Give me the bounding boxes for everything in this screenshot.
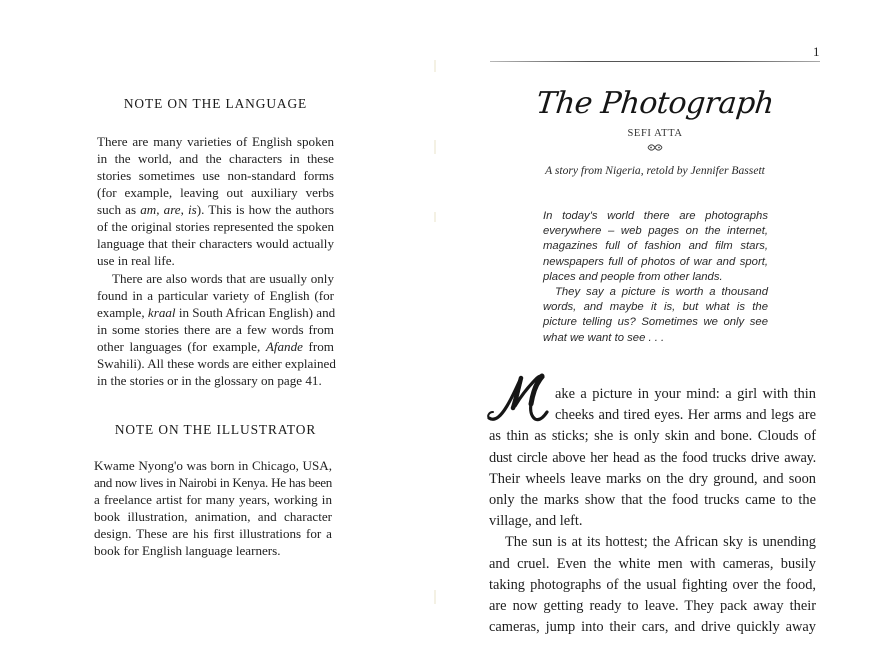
text-line: in the world, and the characters in thes… bbox=[97, 150, 334, 167]
text-segment: in South African English) and bbox=[176, 305, 336, 320]
text-line: use in real life. bbox=[97, 252, 334, 269]
text-segment: example, bbox=[97, 305, 148, 320]
italic-word: are bbox=[164, 202, 181, 217]
text-line: There are many varieties of English spok… bbox=[97, 133, 334, 150]
text-line: Their wheels leave marks on the dry grou… bbox=[489, 469, 816, 490]
italic-word: Afande bbox=[266, 339, 303, 354]
text-segment: , bbox=[156, 202, 163, 217]
text-line: book illustration, animation, and charac… bbox=[94, 508, 332, 525]
text-line: ake a picture in your mind: a girl with … bbox=[489, 384, 816, 405]
language-note-paragraph-2: There are also words that are usually on… bbox=[97, 270, 334, 389]
italic-word: kraal bbox=[148, 305, 176, 320]
text-line: what we want to see . . . bbox=[543, 331, 768, 346]
text-segment: from bbox=[303, 339, 334, 354]
text-line: taking photographs of the usual fighting… bbox=[489, 575, 816, 596]
text-line-with-italics: example, kraal in South African English)… bbox=[97, 304, 334, 321]
text-line: book for English language learners. bbox=[94, 542, 332, 559]
text-line: and now lives in Nairobi in Kenya. He ha… bbox=[94, 474, 332, 491]
fleuron-icon bbox=[647, 143, 663, 152]
story-intro: In today's world there are photographs e… bbox=[543, 209, 768, 346]
text-line: cameras, jump into their cars, and drive… bbox=[489, 617, 816, 638]
language-note-heading: NOTE ON THE LANGUAGE bbox=[0, 96, 435, 112]
story-title: The Photograph bbox=[533, 86, 777, 121]
text-line: cheeks and tired eyes. Her arms and legs… bbox=[489, 405, 816, 426]
story-subtitle: A story from Nigeria, retold by Jennifer… bbox=[535, 164, 775, 177]
story-author: SEFI ATTA bbox=[535, 128, 775, 139]
text-line: village, and left. bbox=[489, 511, 816, 532]
text-line: only the marks show that the food trucks… bbox=[489, 490, 816, 511]
text-line: language that their characters would act… bbox=[97, 235, 334, 252]
text-line: in the stories or in the glossary on pag… bbox=[97, 372, 334, 389]
text-line: In today's world there are photographs bbox=[543, 209, 768, 224]
text-line: There are also words that are usually on… bbox=[97, 270, 334, 287]
text-line: as thin as sticks; she is only skin and … bbox=[489, 426, 816, 447]
text-segment: , bbox=[181, 202, 188, 217]
text-line: Kwame Nyong'o was born in Chicago, USA, bbox=[94, 457, 332, 474]
text-line: are now getting ready to leave. They pac… bbox=[489, 596, 816, 617]
page-number: 1 bbox=[813, 44, 820, 60]
text-line: dust circle above her head as the food t… bbox=[489, 448, 816, 469]
right-page: 1 The Photograph SEFI ATTA A story from … bbox=[435, 0, 870, 672]
text-line: and cruel. Even the white men with camer… bbox=[489, 554, 816, 575]
text-line: newspapers full of photos of war and spo… bbox=[543, 255, 768, 270]
left-page: NOTE ON THE LANGUAGE There are many vari… bbox=[0, 0, 435, 672]
italic-word: am bbox=[140, 202, 156, 217]
illustrator-note-heading-text: NOTE ON THE ILLUSTRATOR bbox=[0, 422, 433, 438]
text-segment: ). This is how the authors bbox=[197, 202, 334, 217]
text-line: stories sometimes use non-standard forms bbox=[97, 167, 334, 184]
text-segment: other languages (for example, bbox=[97, 339, 266, 354]
text-line: of the original stories represented the … bbox=[97, 218, 334, 235]
text-line: Swahili). All these words are either exp… bbox=[97, 355, 334, 372]
language-note-heading-text: NOTE ON THE LANGUAGE bbox=[0, 96, 433, 112]
text-line: found in a particular variety of English… bbox=[97, 287, 334, 304]
text-line: design. These are his first illustration… bbox=[94, 525, 332, 542]
text-line-with-italics: such as am, are, is). This is how the au… bbox=[97, 201, 334, 218]
text-line-with-italics: other languages (for example, Afande fro… bbox=[97, 338, 334, 355]
illustrator-note-paragraph: Kwame Nyong'o was born in Chicago, USA, … bbox=[94, 457, 332, 559]
ornament-icon bbox=[535, 143, 775, 155]
language-note-paragraph-1: There are many varieties of English spok… bbox=[97, 133, 334, 269]
story-body: ake a picture in your mind: a girl with … bbox=[489, 384, 816, 638]
illustrator-note-heading: NOTE ON THE ILLUSTRATOR bbox=[0, 422, 435, 438]
text-line: in some stories there are a few words fr… bbox=[97, 321, 334, 338]
text-segment: such as bbox=[97, 202, 140, 217]
italic-word: is bbox=[188, 202, 197, 217]
text-line: They say a picture is worth a thousand bbox=[543, 285, 768, 300]
text-line: picture telling us? Sometimes we only se… bbox=[543, 315, 768, 330]
header-rule bbox=[490, 61, 820, 62]
text-line: magazines full of fashion and film stars… bbox=[543, 239, 768, 254]
text-line: places and people from other lands. bbox=[543, 270, 768, 285]
text-line: The sun is at its hottest; the African s… bbox=[489, 532, 816, 553]
text-line: everywhere – web pages on the internet, bbox=[543, 224, 768, 239]
text-line: words, and maybe it is, but what is the bbox=[543, 300, 768, 315]
text-line: (for example, leaving out auxiliary verb… bbox=[97, 184, 334, 201]
text-line: a freelance artist for many years, worki… bbox=[94, 491, 332, 508]
